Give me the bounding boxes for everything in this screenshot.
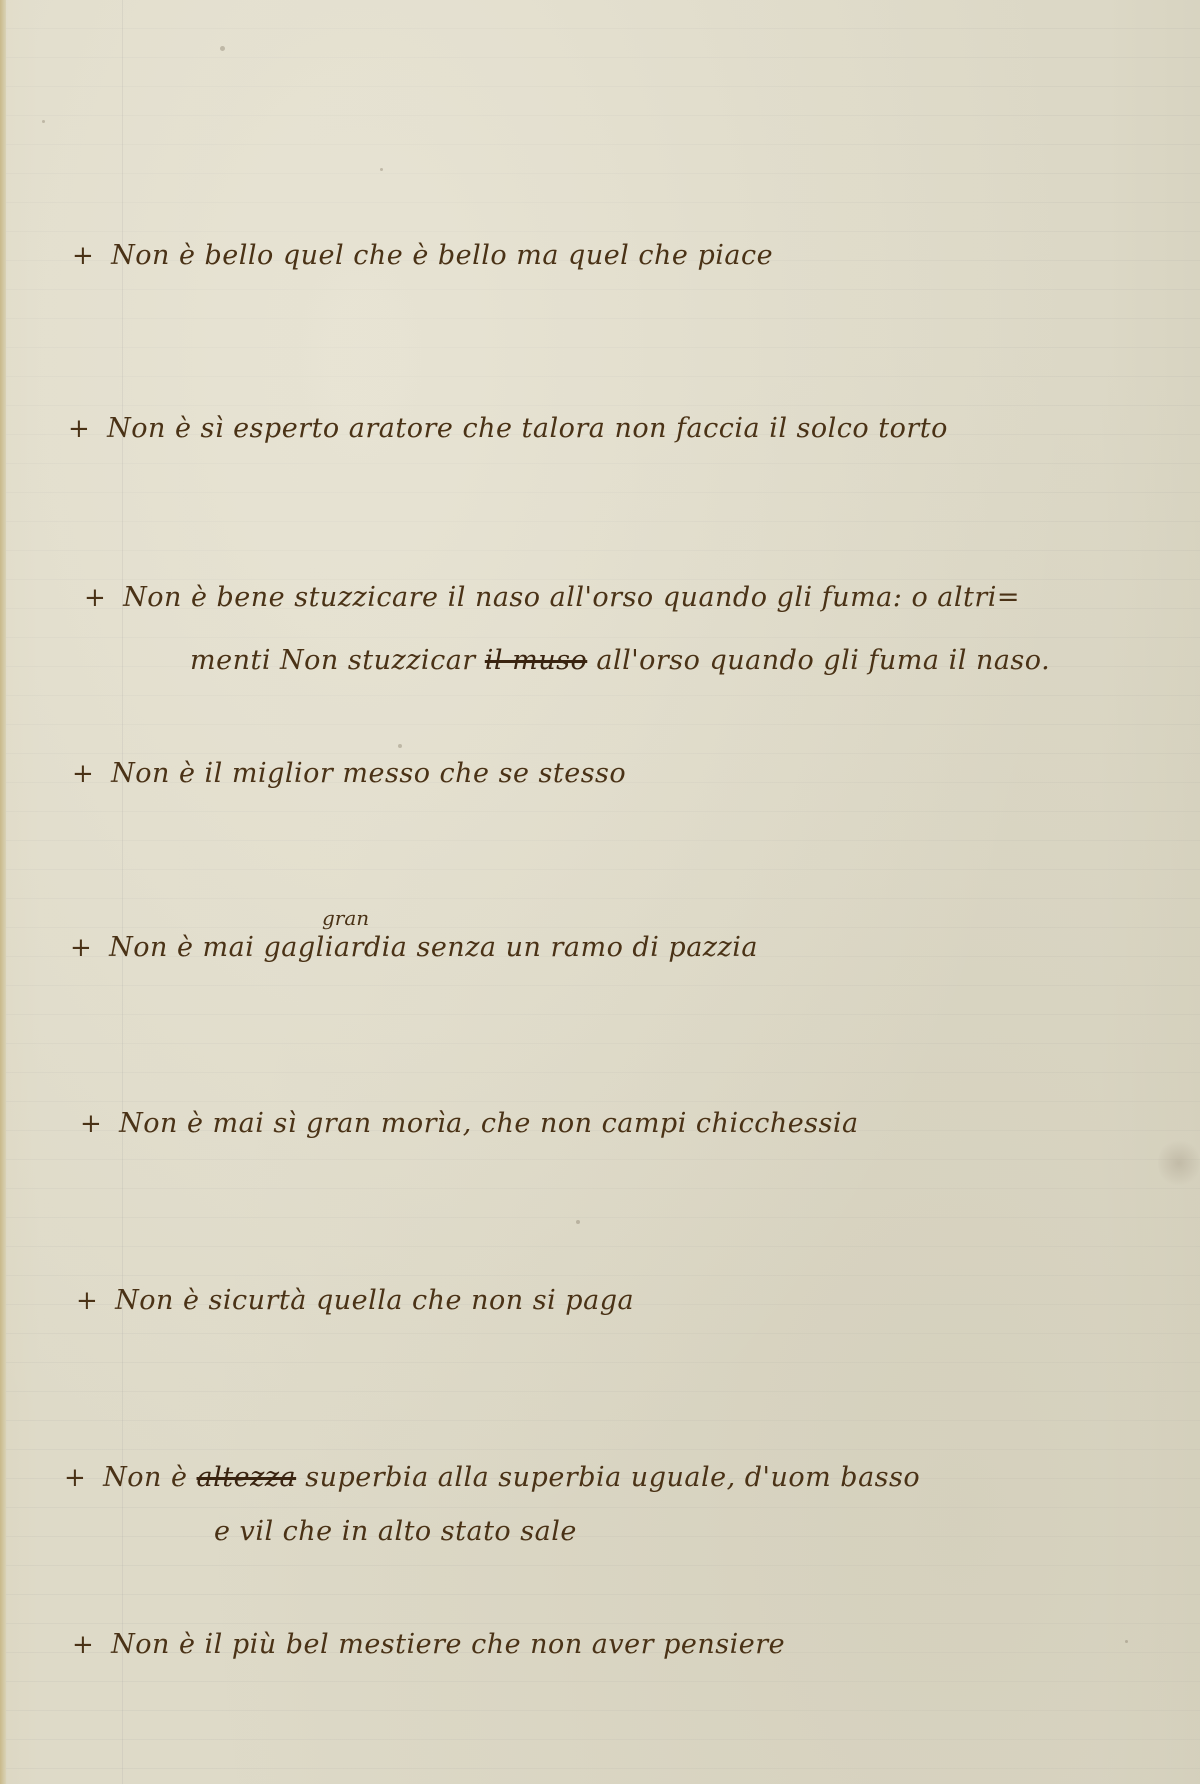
cross-mark-icon: +	[80, 1111, 110, 1137]
proverb-text: Non è il miglior messo che se stesso	[111, 760, 626, 787]
proverb-text: Non è mai sì gran morìa, che non campi c…	[119, 1110, 859, 1137]
interlinear-insertion: gran	[322, 906, 369, 930]
cross-mark-icon: +	[72, 243, 102, 269]
cross-mark-icon: +	[68, 416, 98, 442]
manuscript-page: + Non è bello quel che è bello ma quel c…	[0, 0, 1200, 1784]
cross-mark-icon: +	[76, 1288, 106, 1314]
proverb-text: Non è bello quel che è bello ma quel che…	[111, 242, 773, 269]
cross-mark-icon: +	[70, 935, 100, 961]
cross-mark-icon: +	[64, 1465, 94, 1491]
proverb-text-after: superbia alla superbia uguale, d'uom bas…	[305, 1462, 920, 1493]
proverb-entry: + Non è sicurtà quella che non si paga	[76, 1287, 634, 1314]
continuation-text: all'orso quando gli fuma il naso.	[596, 645, 1050, 676]
proverb-text: Non è sì esperto aratore che talora non …	[107, 415, 948, 442]
proverb-text: Non è sicurtà quella che non si paga	[115, 1287, 634, 1314]
proverb-entry: + Non è il più bel mestiere che non aver…	[72, 1631, 785, 1658]
proverb-text: Non è bene stuzzicare il naso all'orso q…	[123, 584, 1020, 611]
proverb-entry: + Non è mai gagliardia senza un ramo di …	[70, 934, 758, 961]
continuation-text: e vil che in alto stato sale	[214, 1516, 577, 1547]
proverb-entry: + Non è il miglior messo che se stesso	[72, 760, 626, 787]
proverb-text: Non è altezza superbia alla superbia ugu…	[103, 1464, 920, 1491]
proverb-continuation: menti Non stuzzicar il muso all'orso qua…	[190, 647, 1050, 674]
proverb-entry: + Non è mai sì gran morìa, che non campi…	[80, 1110, 859, 1137]
proverb-entry: + Non è bene stuzzicare il naso all'orso…	[84, 584, 1020, 611]
cross-mark-icon: +	[84, 585, 114, 611]
cross-mark-icon: +	[72, 1632, 102, 1658]
paper-spot	[576, 1220, 580, 1224]
proverb-entry: + Non è sì esperto aratore che talora no…	[68, 415, 948, 442]
struck-text: altezza	[197, 1462, 297, 1493]
struck-text: il muso	[485, 645, 587, 676]
proverb-entry: + Non è bello quel che è bello ma quel c…	[72, 242, 773, 269]
paper-spot	[1125, 1640, 1128, 1643]
foxing-stain	[1158, 1138, 1200, 1188]
proverb-entry: + Non è altezza superbia alla superbia u…	[64, 1464, 920, 1491]
cross-mark-icon: +	[72, 761, 102, 787]
proverb-text-before: Non è	[103, 1462, 187, 1493]
proverb-text-before: Non è mai	[109, 932, 254, 963]
continuation-text: menti Non stuzzicar	[190, 645, 476, 676]
paper-spot	[380, 168, 383, 171]
paper-spot	[398, 744, 402, 748]
proverb-text: Non è mai gagliardia senza un ramo di pa…	[109, 934, 758, 961]
proverb-continuation: e vil che in alto stato sale	[214, 1518, 577, 1545]
paper-spot	[42, 120, 45, 123]
binding-edge	[0, 0, 6, 1784]
paper-spot	[220, 46, 225, 51]
proverb-text-after: gagliardia senza un ramo di pazzia	[263, 932, 758, 963]
proverb-text: Non è il più bel mestiere che non aver p…	[111, 1631, 785, 1658]
